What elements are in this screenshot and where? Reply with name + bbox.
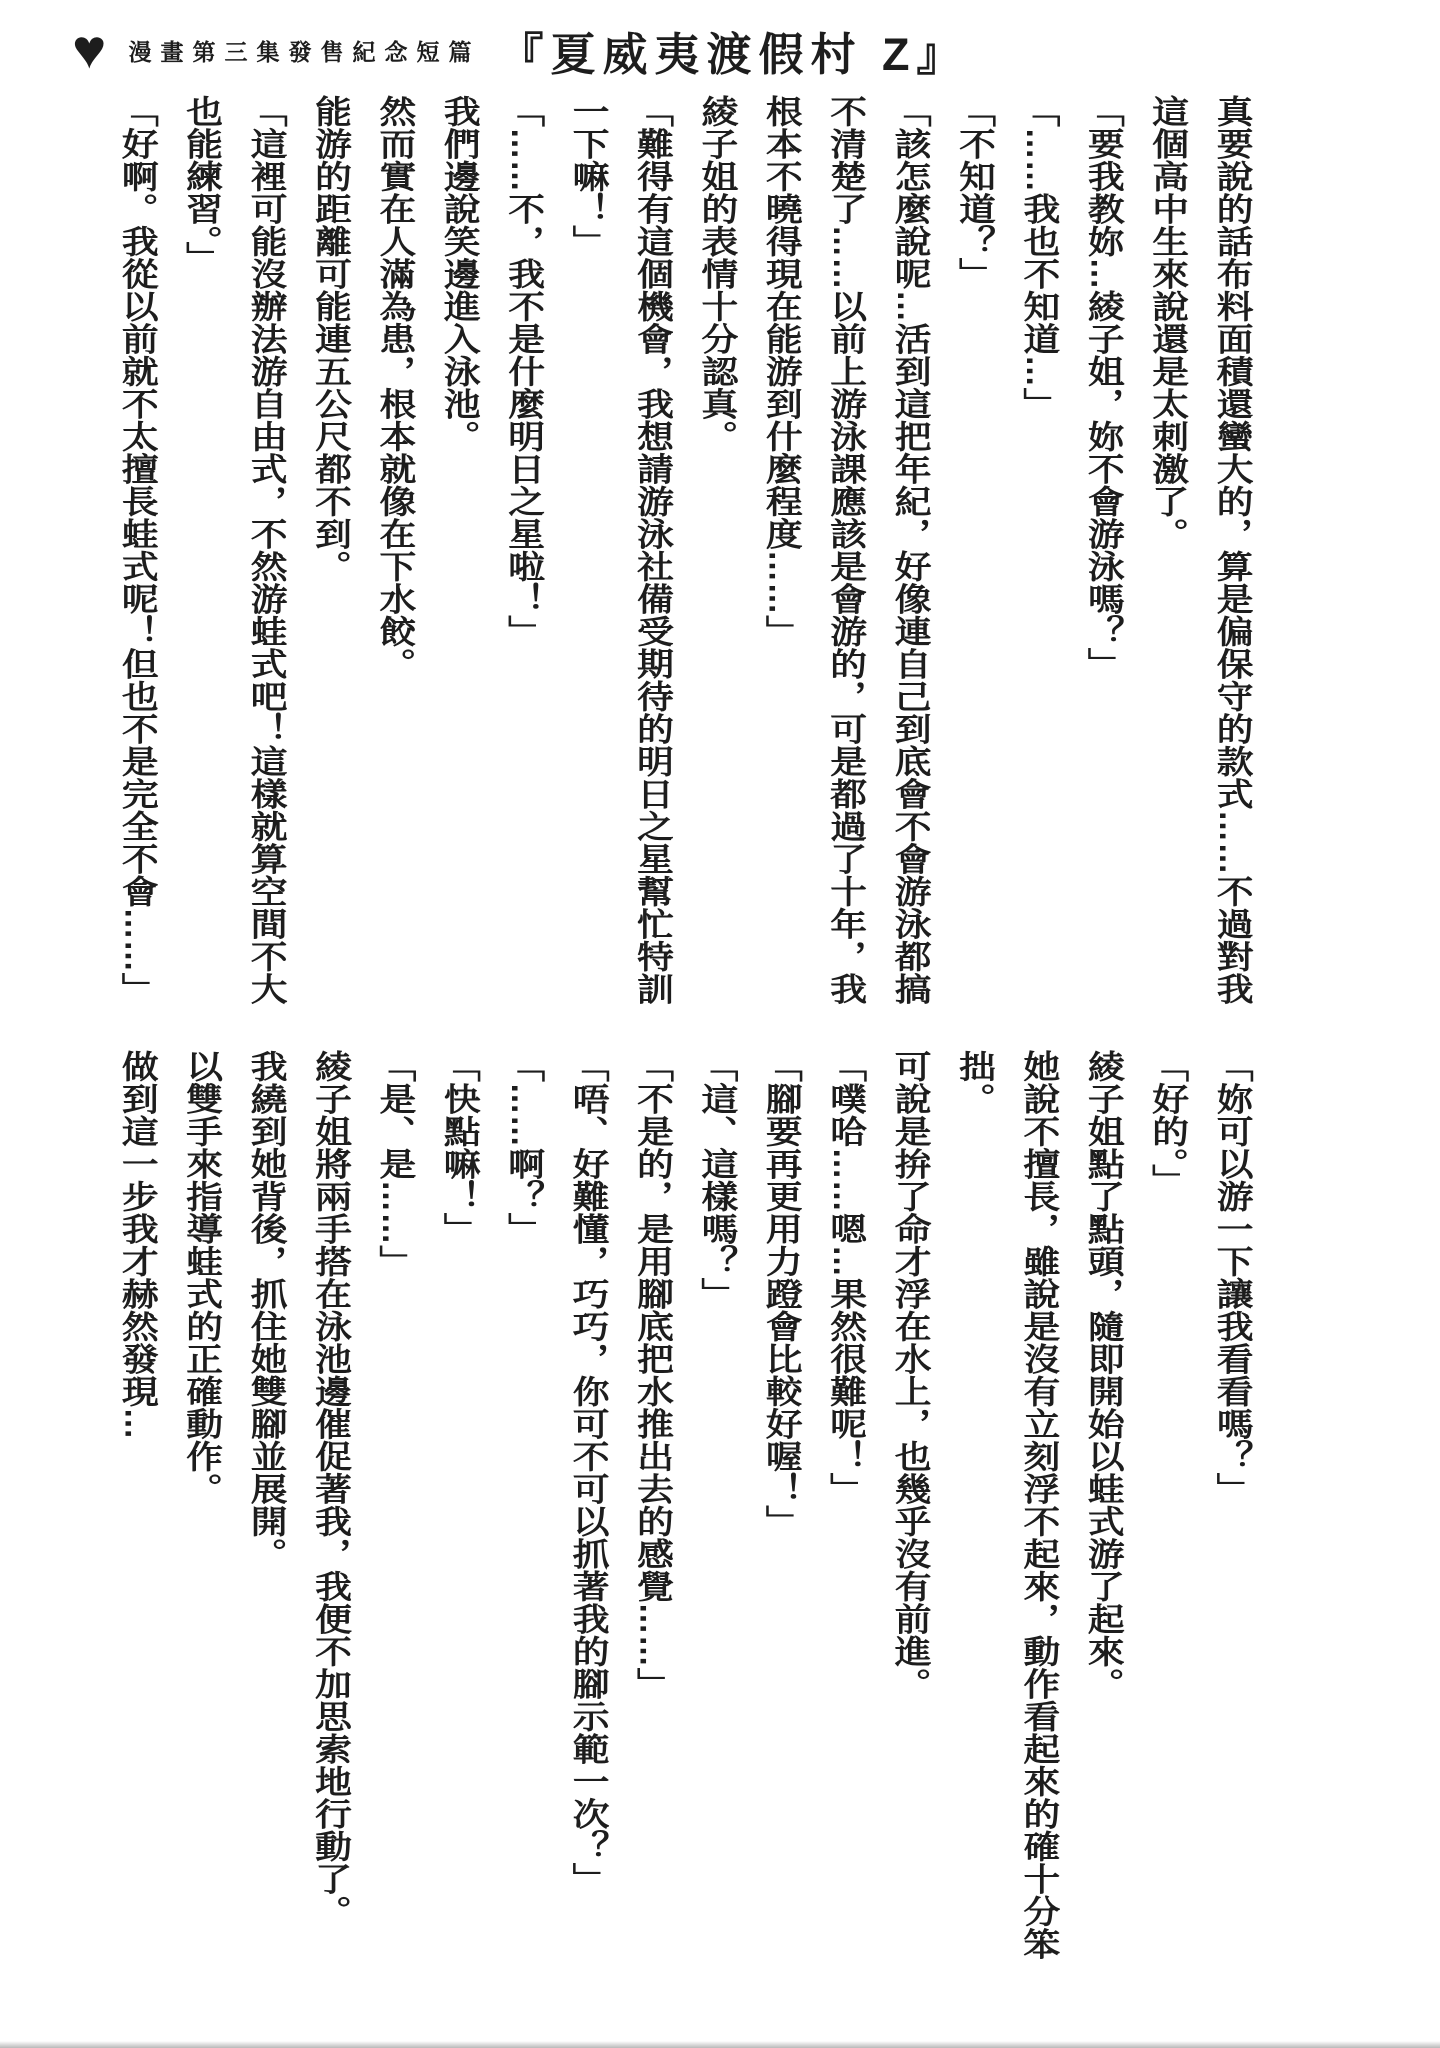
text-line: 「妳可以游一下讓我看看嗎？」 xyxy=(1201,1050,1265,1955)
text-line: 「腳要再更用力蹬會比較好喔！」 xyxy=(750,1050,814,1955)
text-line: 真要說的話布料面積還蠻大的，算是偏保守的款式……不過對我 xyxy=(1201,95,1265,1007)
page-title: 『夏威夷渡假村 Z』 xyxy=(498,18,968,83)
text-line: 綾子姐的表情十分認真。 xyxy=(685,95,749,1007)
text-block-lower: 「妳可以游一下讓我看看嗎？」 「好的。」 綾子姐點了點頭，隨即開始以蛙式游了起來… xyxy=(106,1050,1265,1955)
text-line: 以雙手來指導蛙式的正確動作。 xyxy=(170,1050,234,1955)
text-line: 根本不曉得現在能游到什麼程度……」 xyxy=(750,95,814,1007)
text-line: 她說不擅長，雖說是沒有立刻浮不起來，動作看起來的確十分笨 xyxy=(1007,1050,1071,1955)
page-header: ♥ 漫畫第三集發售紀念短篇 『夏威夷渡假村 Z』 xyxy=(72,18,968,82)
text-line: 「不知道？」 xyxy=(943,95,1007,1007)
text-line: 綾子姐將兩手搭在泳池邊催促著我，我便不加思索地行動了。 xyxy=(299,1050,363,1955)
text-line: 這個高中生來說還是太刺激了。 xyxy=(1136,95,1200,1007)
text-line: 「不是的，是用腳底把水推出去的感覺……」 xyxy=(621,1050,685,1955)
text-line: 「是、是……」 xyxy=(363,1050,427,1955)
heart-icon: ♥ xyxy=(72,22,106,77)
text-line: 我繞到她背後，抓住她雙腳並展開。 xyxy=(235,1050,299,1955)
text-line: 「好的。」 xyxy=(1136,1050,1200,1955)
text-line: 拙。 xyxy=(943,1050,1007,1955)
text-line: 「唔、好難懂，巧巧，你可不可以抓著我的腳示範一次？」 xyxy=(557,1050,621,1955)
text-line: 能游的距離可能連五公尺都不到。 xyxy=(299,95,363,1007)
text-block-upper: 真要說的話布料面積還蠻大的，算是偏保守的款式……不過對我 這個高中生來說還是太刺… xyxy=(106,95,1265,1007)
text-line: 「……啊？」 xyxy=(492,1050,556,1955)
text-line: 綾子姐點了點頭，隨即開始以蛙式游了起來。 xyxy=(1072,1050,1136,1955)
text-line: 不清楚了……以前上游泳課應該是會游的，可是都過了十年，我 xyxy=(814,95,878,1007)
text-line: 「噗哈……嗯…果然很難呢！」 xyxy=(814,1050,878,1955)
text-line: 做到這一步我才赫然發現… xyxy=(106,1050,170,1955)
series-label: 漫畫第三集發售紀念短篇 xyxy=(128,34,480,67)
text-line: 「這裡可能沒辦法游自由式，不然游蛙式吧！這樣就算空間不大 xyxy=(235,95,299,1007)
text-line: 「……我也不知道…」 xyxy=(1007,95,1071,1007)
text-line: 然而實在人滿為患，根本就像在下水餃。 xyxy=(363,95,427,1007)
text-line: 「這、這樣嗎？」 xyxy=(685,1050,749,1955)
scan-bottom-edge xyxy=(0,2041,1440,2048)
text-line: 「難得有這個機會，我想請游泳社備受期待的明日之星幫忙特訓 xyxy=(621,95,685,1007)
text-line: 可說是拚了命才浮在水上，也幾乎沒有前進。 xyxy=(879,1050,943,1955)
text-line: 「該怎麼說呢…活到這把年紀，好像連自己到底會不會游泳都搞 xyxy=(879,95,943,1007)
text-line: 一下嘛！」 xyxy=(557,95,621,1007)
text-line: 我們邊說笑邊進入泳池。 xyxy=(428,95,492,1007)
text-line: 「好啊。我從以前就不太擅長蛙式呢！但也不是完全不會……」 xyxy=(106,95,170,1007)
scanned-novel-page: ♥ 漫畫第三集發售紀念短篇 『夏威夷渡假村 Z』 真要說的話布料面積還蠻大的，算… xyxy=(0,0,1440,2048)
text-line: 「快點嘛！」 xyxy=(428,1050,492,1955)
text-line: 「……不，我不是什麼明日之星啦！」 xyxy=(492,95,556,1007)
text-line: 「要我教妳…綾子姐，妳不會游泳嗎？」 xyxy=(1072,95,1136,1007)
text-line: 也能練習。」 xyxy=(170,95,234,1007)
